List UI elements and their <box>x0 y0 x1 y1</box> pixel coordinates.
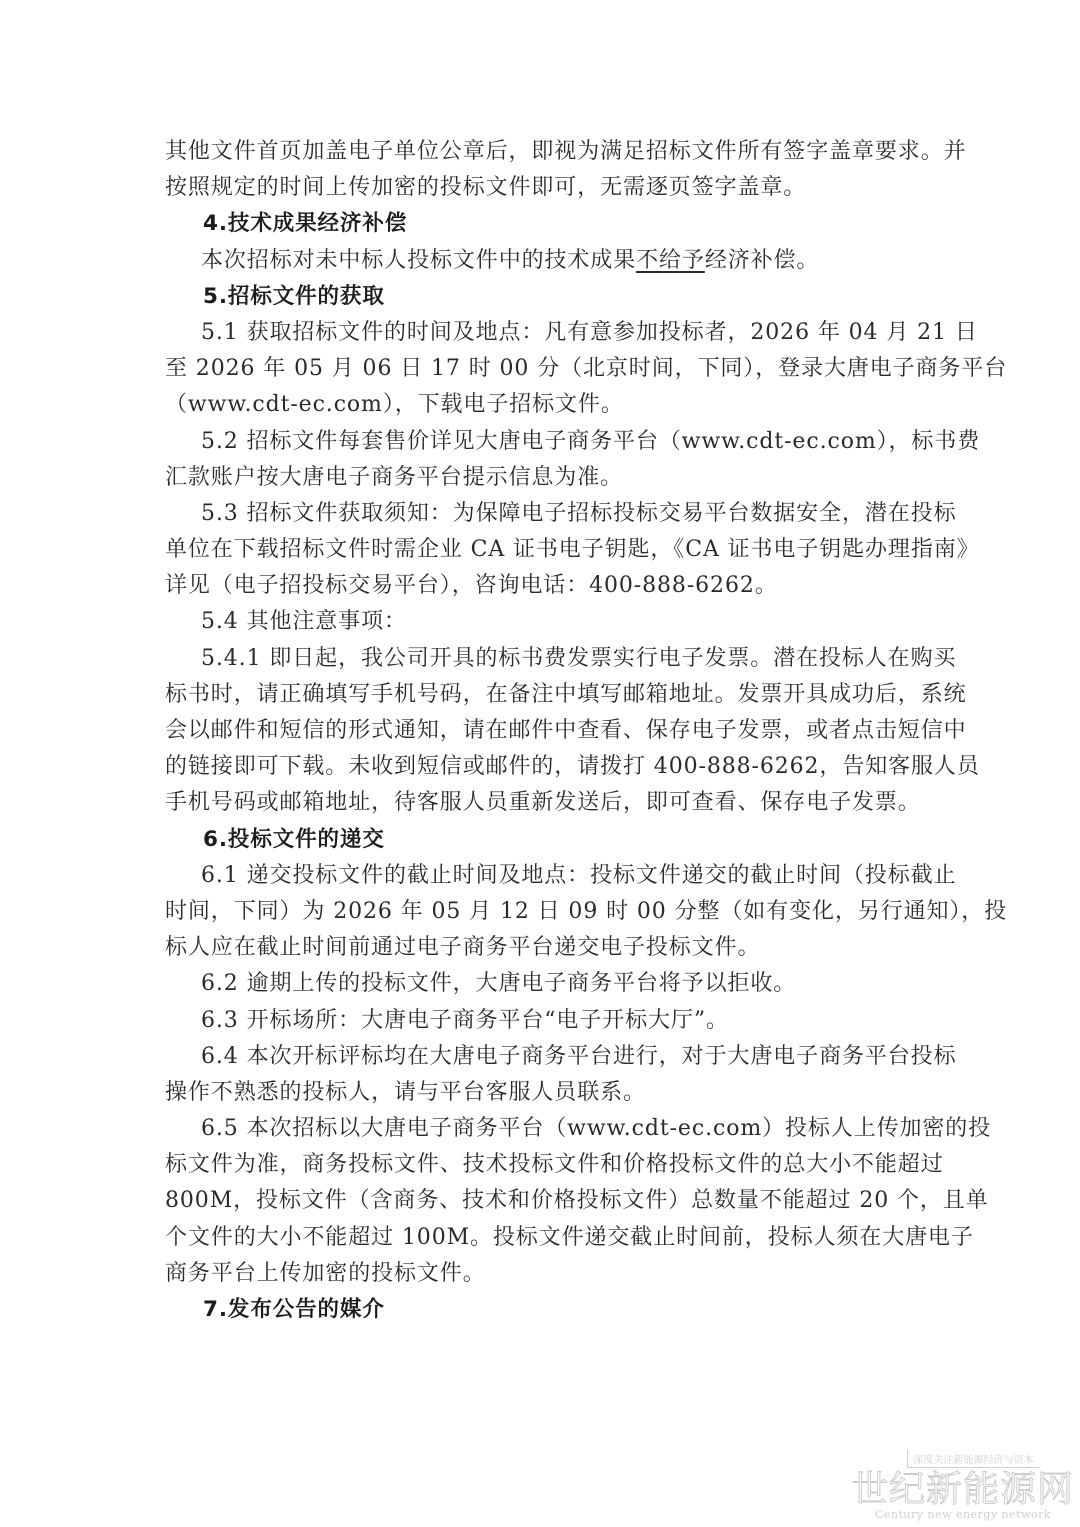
text-segment: 经济补偿。 <box>705 248 820 273</box>
body-line: 的链接即可下载。未收到短信或邮件的，请拨打 400-888-6262，告知客服人… <box>165 749 917 785</box>
clause-6-4: 6.4 本次开标评标均在大唐电子商务平台进行，对于大唐电子商务平台投标 <box>165 1039 917 1075</box>
clause-6-5: 6.5 本次招标以大唐电子商务平台（www.cdt-ec.com）投标人上传加密… <box>165 1111 917 1147</box>
body-line: 800M，投标文件（含商务、技术和价格投标文件）总数量不能超过 20 个，且单 <box>165 1183 917 1219</box>
body-line: 标书时，请正确填写手机号码，在备注中填写邮箱地址。发票开具成功后，系统 <box>165 677 917 713</box>
clause-6-1: 6.1 递交投标文件的截止时间及地点：投标文件递交的截止时间（投标截止 <box>165 858 917 894</box>
section-heading-7: 7.发布公告的媒介 <box>165 1292 917 1328</box>
clause-5-3: 5.3 招标文件获取须知：为保障电子招标投标交易平台数据安全，潜在投标 <box>165 496 917 532</box>
body-line: 其他文件首页加盖电子单位公章后，即视为满足招标文件所有签字盖章要求。并 <box>165 134 917 170</box>
body-line: 标人应在截止时间前通过电子商务平台递交电子投标文件。 <box>165 930 917 966</box>
body-line: 按照规定的时间上传加密的投标文件即可，无需逐页签字盖章。 <box>165 170 917 206</box>
body-line: 至 2026 年 05 月 06 日 17 时 00 分（北京时间，下同），登录… <box>165 351 917 387</box>
clause-6-3: 6.3 开标场所：大唐电子商务平台“电子开标大厅”。 <box>165 1003 917 1039</box>
body-line: 个文件的大小不能超过 100M。投标文件递交截止时间前，投标人须在大唐电子 <box>165 1220 917 1256</box>
section-heading-5: 5.招标文件的获取 <box>165 279 917 315</box>
body-line: 会以邮件和短信的形式通知，请在邮件中查看、保存电子发票，或者点击短信中 <box>165 713 917 749</box>
body-line: 时间，下同）为 2026 年 05 月 12 日 09 时 00 分整（如有变化… <box>165 894 917 930</box>
body-line: 操作不熟悉的投标人，请与平台客服人员联系。 <box>165 1075 917 1111</box>
body-line: 汇款账户按大唐电子商务平台提示信息为准。 <box>165 460 917 496</box>
watermark-subtitle: Century new energy network <box>848 1508 1078 1521</box>
body-line: 详见（电子招投标交易平台），咨询电话：400-888-6262。 <box>165 568 917 604</box>
document-page: 其他文件首页加盖电子单位公章后，即视为满足招标文件所有签字盖章要求。并 按照规定… <box>165 134 917 1328</box>
clause-5-4: 5.4 其他注意事项： <box>165 604 917 640</box>
watermark-title: 世纪新能源网 <box>848 1470 1078 1510</box>
body-line: （www.cdt-ec.com），下载电子招标文件。 <box>165 387 917 423</box>
watermark-logo: 深度关注新能源经济与资本 世纪新能源网 Century new energy n… <box>848 1448 1078 1521</box>
body-line: 标文件为准，商务投标文件、技术投标文件和价格投标文件的总大小不能超过 <box>165 1147 917 1183</box>
body-line-compensation: 本次招标对未中标人投标文件中的技术成果不给予经济补偿。 <box>165 243 917 279</box>
clause-5-2: 5.2 招标文件每套售价详见大唐电子商务平台（www.cdt-ec.com），标… <box>165 424 917 460</box>
clause-5-1: 5.1 获取招标文件的时间及地点：凡有意参加投标者，2026 年 04 月 21… <box>165 315 917 351</box>
watermark-tagline: 深度关注新能源经济与资本 <box>907 1450 1040 1468</box>
clause-5-4-1: 5.4.1 即日起，我公司开具的标书费发票实行电子发票。潜在投标人在购买 <box>165 641 917 677</box>
section-heading-6: 6.投标文件的递交 <box>165 822 917 858</box>
text-segment: 本次招标对未中标人投标文件中的技术成果 <box>201 248 636 273</box>
body-line: 商务平台上传加密的投标文件。 <box>165 1256 917 1292</box>
body-line: 单位在下载招标文件时需企业 CA 证书电子钥匙，《CA 证书电子钥匙办理指南》 <box>165 532 917 568</box>
body-line: 手机号码或邮箱地址，待客服人员重新发送后，即可查看、保存电子发票。 <box>165 785 917 821</box>
section-heading-4: 4.技术成果经济补偿 <box>165 206 917 242</box>
clause-6-2: 6.2 逾期上传的投标文件，大唐电子商务平台将予以拒收。 <box>165 966 917 1002</box>
underlined-text: 不给予 <box>636 248 705 273</box>
